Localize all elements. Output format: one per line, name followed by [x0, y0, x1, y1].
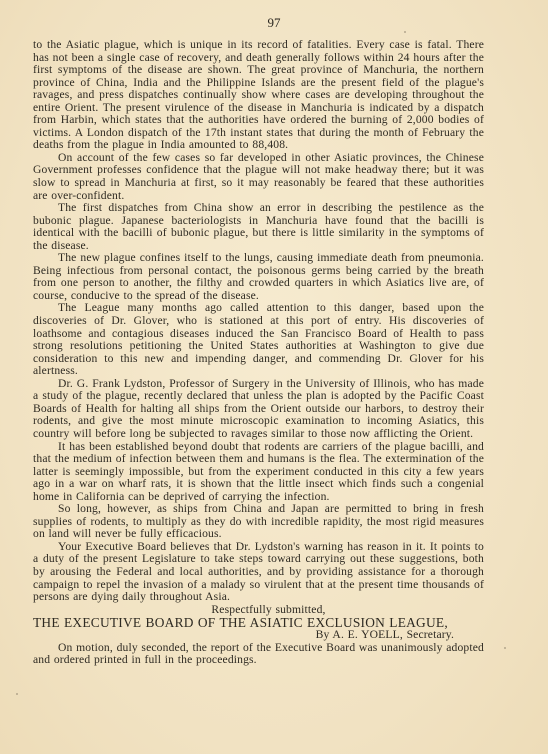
scan-speck	[16, 693, 18, 695]
paragraph: The first dispatches from China show an …	[33, 202, 484, 252]
scan-speck	[404, 31, 406, 33]
scan-speck	[504, 647, 506, 649]
paragraph: to the Asiatic plague, which is unique i…	[33, 39, 484, 152]
signature-secretary: By A. E. YOELL, Secretary.	[33, 629, 484, 642]
page-number: 97	[0, 15, 548, 31]
paragraph: On account of the few cases so far devel…	[33, 152, 484, 202]
paragraph: The League many months ago called attent…	[33, 302, 484, 377]
paragraph: It has been established beyond doubt tha…	[33, 441, 484, 504]
paragraph: Dr. G. Frank Lydston, Professor of Surge…	[33, 378, 484, 441]
body-text: to the Asiatic plague, which is unique i…	[33, 39, 484, 667]
paragraph: So long, however, as ships from China an…	[33, 503, 484, 541]
final-paragraph: On motion, duly seconded, the report of …	[33, 642, 484, 667]
paragraph: Your Executive Board believes that Dr. L…	[33, 541, 484, 604]
paragraph: The new plague confines itself to the lu…	[33, 252, 484, 302]
